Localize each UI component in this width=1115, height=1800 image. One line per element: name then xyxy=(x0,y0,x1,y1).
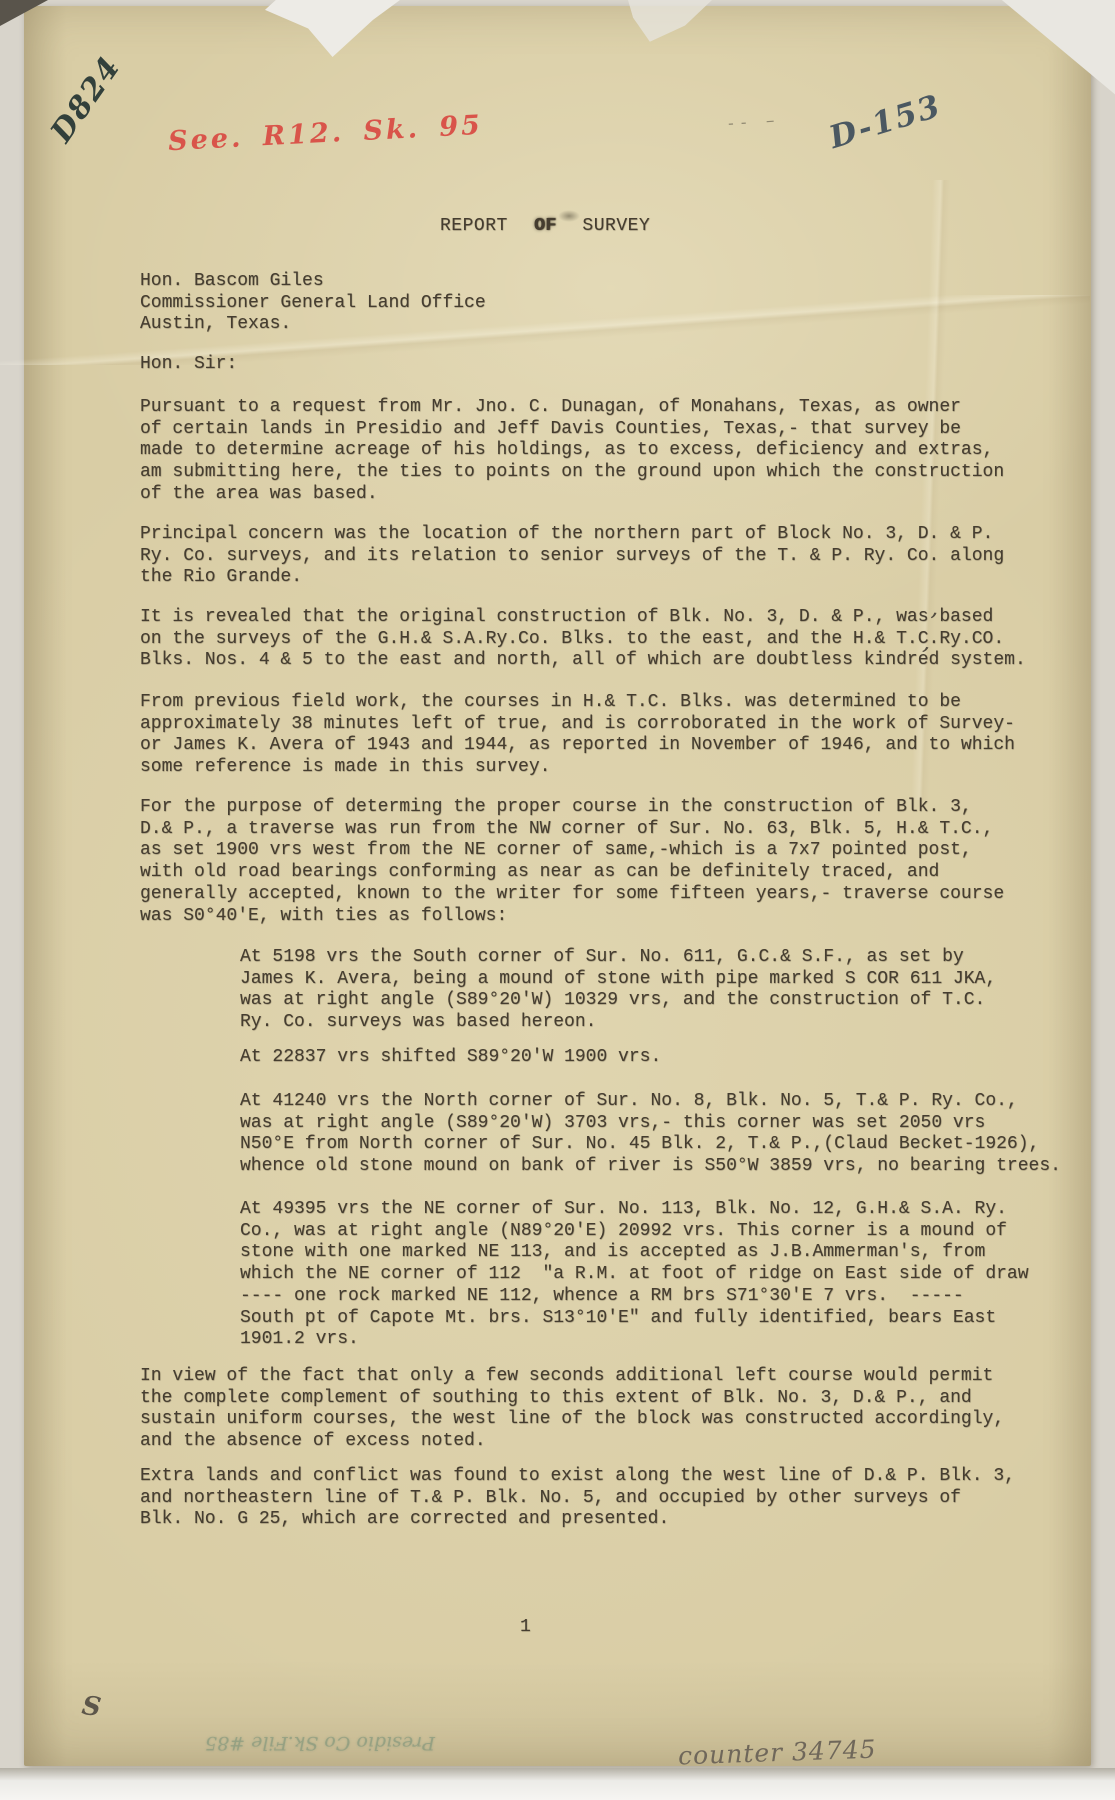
tie-paragraph-49395: At 49395 vrs the NE corner of Sur. No. 1… xyxy=(240,1199,1029,1351)
title-word: SURVEY xyxy=(582,216,650,236)
report-title: REPORTOFSURVEY xyxy=(440,216,650,238)
paragraph-previous-field-work: From previous field work, the courses in… xyxy=(140,692,1015,779)
title-word: OF xyxy=(534,216,557,236)
paragraph-request: Pursuant to a request from Mr. Jno. C. D… xyxy=(140,397,1004,506)
salutation: Hon. Sir: xyxy=(140,354,237,376)
tie-paragraph-22837: At 22837 vrs shifted S89°20'W 1900 vrs. xyxy=(240,1047,661,1069)
title-word: REPORT xyxy=(440,216,508,236)
recipient-address: Hon. Bascom Giles Commissioner General L… xyxy=(140,271,486,336)
scanned-document-page: D824 See. R12. Sk. 95 D-153 -- – ’ ’ S c… xyxy=(0,0,1115,1800)
paragraph-traverse: For the purpose of determing the proper … xyxy=(140,797,1004,927)
scanner-bed-strip xyxy=(0,1768,1115,1800)
page-number: 1 xyxy=(520,1617,531,1639)
paragraph-original-construction: It is revealed that the original constru… xyxy=(140,607,1026,672)
tie-paragraph-5198: At 5198 vrs the South corner of Sur. No.… xyxy=(240,947,996,1034)
pencil-dash-marks: -- – xyxy=(727,110,782,134)
paragraph-extra-lands: Extra lands and conflict was found to ex… xyxy=(140,1466,1015,1531)
bleedthrough-note: Presidio Co Sk.File #85 xyxy=(185,1732,435,1754)
paragraph-in-view: In view of the fact that only a few seco… xyxy=(140,1366,1004,1453)
paragraph-principal-concern: Principal concern was the location of th… xyxy=(140,524,1004,589)
tie-paragraph-41240: At 41240 vrs the North corner of Sur. No… xyxy=(240,1091,1061,1178)
